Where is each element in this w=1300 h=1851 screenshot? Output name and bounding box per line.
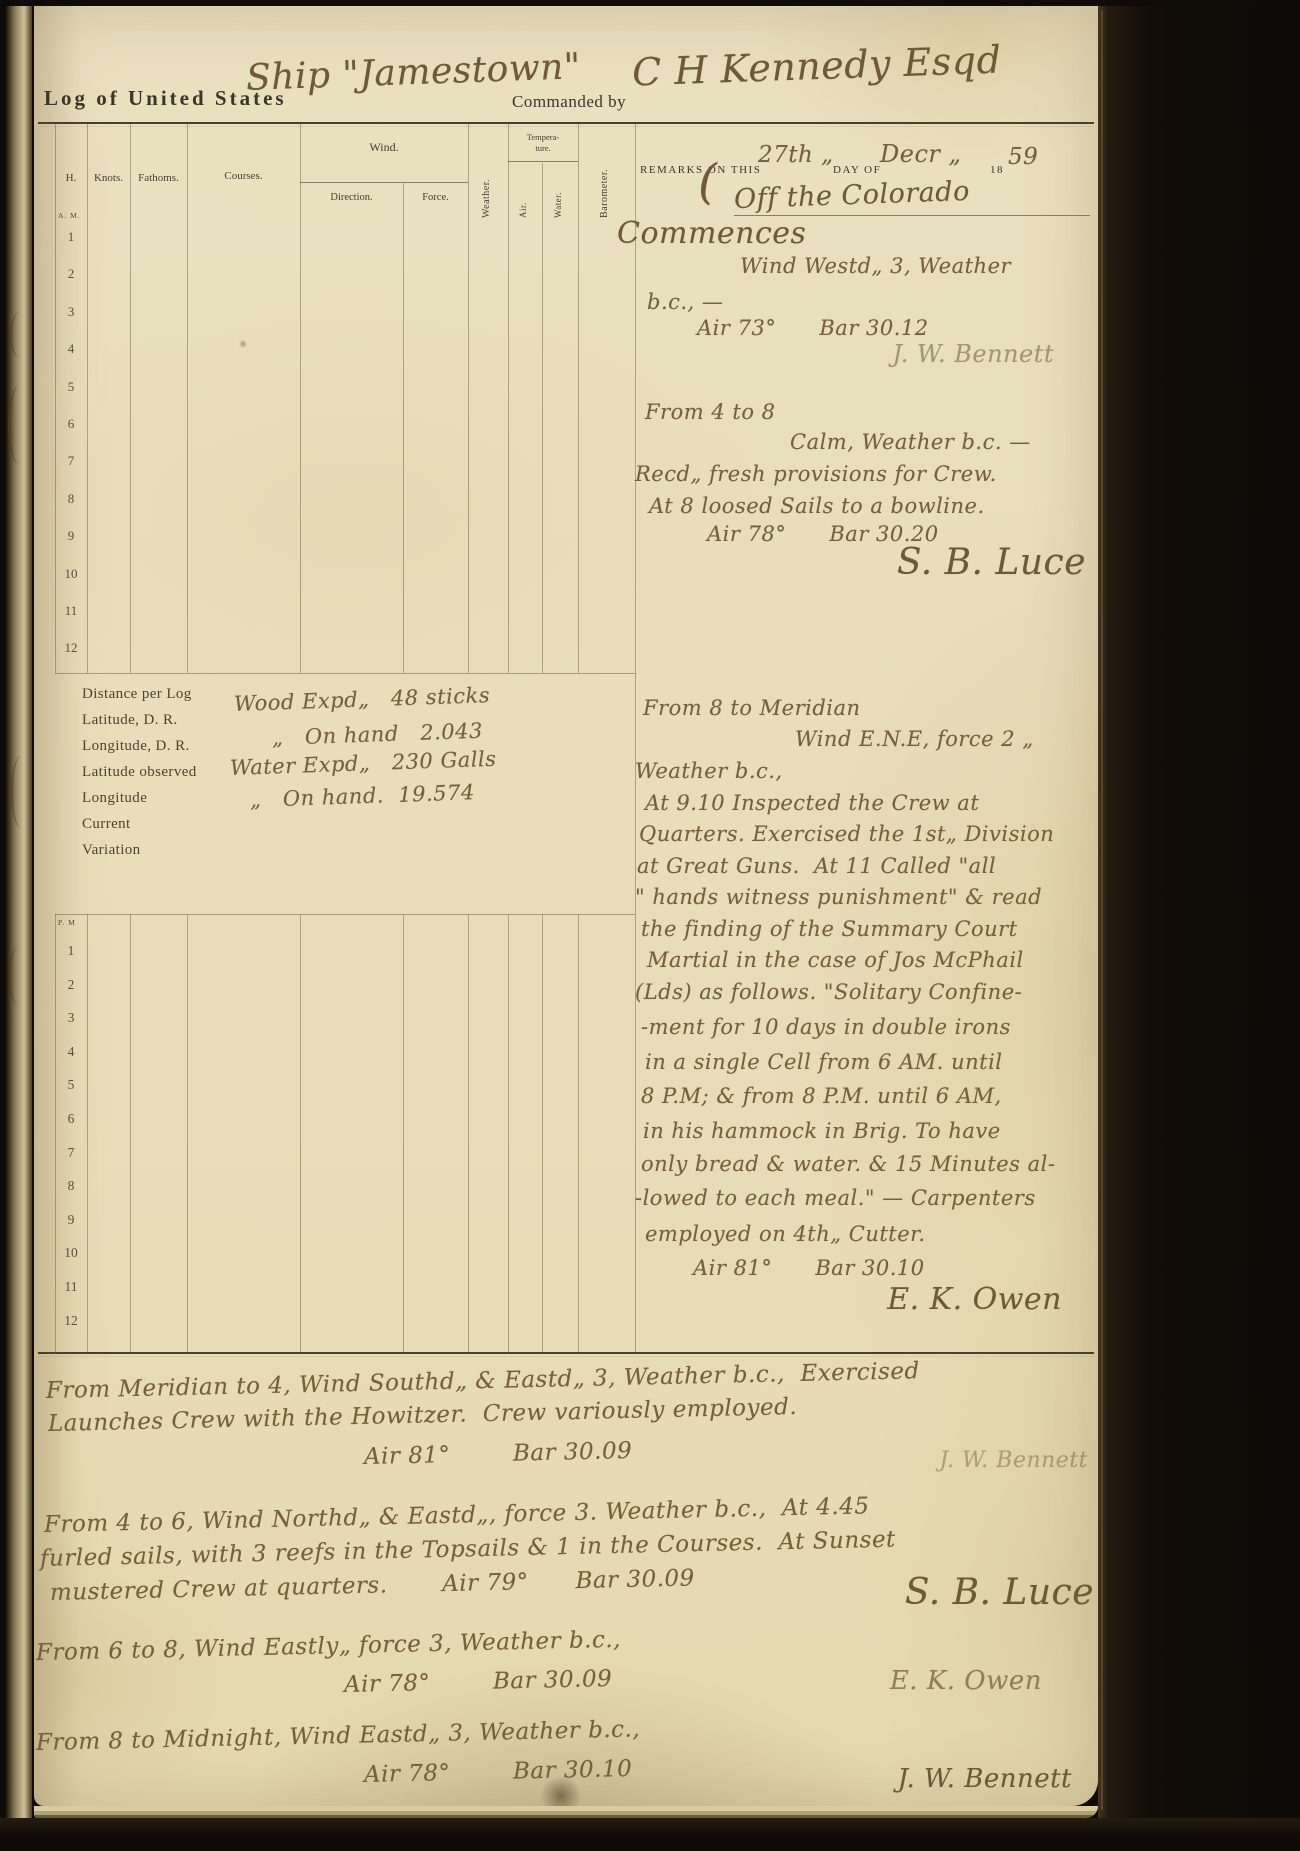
remark-line: Air 81° Bar 30.09: [364, 1438, 633, 1470]
col-header-fathoms: Fathoms.: [130, 172, 187, 184]
signature: J. W. Bennett: [898, 1764, 1072, 1794]
signature: J. W. Bennett: [939, 1448, 1088, 1473]
hour-label: 9: [55, 1203, 87, 1237]
col-header-wind-force: Force.: [403, 192, 468, 203]
navigation-labels: Distance per LogLatitude, D. R.Longitude…: [82, 686, 197, 868]
hour-label: 6: [55, 405, 87, 442]
stores-entry: Wood Expd„ 48 sticks: [234, 683, 491, 716]
remark-line: Wind Westd„ 3, Weather: [740, 254, 1011, 278]
hour-label: 5: [55, 1068, 87, 1102]
remark-line: Martial in the case of Jos McPhail: [647, 948, 1024, 972]
remark-line: At 9.10 Inspected the Crew at: [645, 791, 979, 815]
hour-label: 4: [55, 1035, 87, 1069]
signature: S. B. Luce: [897, 542, 1086, 583]
hour-label: 11: [55, 1270, 87, 1304]
hour-label: 7: [55, 1136, 87, 1170]
hour-label: 10: [55, 555, 87, 592]
col-header-wind: Wind.: [300, 140, 468, 155]
col-header-air: Air.: [518, 168, 528, 218]
bottom-page-stack: [34, 1806, 1098, 1818]
hour-label: 6: [55, 1102, 87, 1136]
remark-line: Air 73° Bar 30.12: [697, 316, 929, 340]
remark-line: employed on 4th„ Cutter.: [645, 1222, 926, 1246]
hour-label: 8: [55, 1169, 87, 1203]
col-header-temperature-1: Tempera-: [508, 132, 578, 142]
hour-label: 8: [55, 480, 87, 517]
remark-line: Commences: [617, 216, 806, 251]
remark-line: Calm, Weather b.c. —: [790, 430, 1031, 454]
remark-line: the finding of the Summary Court: [641, 917, 1018, 941]
remark-line: Recd„ fresh provisions for Crew.: [635, 462, 997, 486]
col-header-knots: Knots.: [87, 172, 130, 184]
hour-label: 12: [55, 629, 87, 666]
pm-label: P. M: [58, 918, 76, 927]
stores-entry: „ On hand. 19.574: [250, 780, 476, 812]
right-binding-area: [1098, 0, 1300, 1851]
col-header-courses: Courses.: [187, 170, 300, 182]
col-header-weather: Weather.: [481, 130, 492, 218]
hour-label: 4: [55, 330, 87, 367]
nav-label: Longitude: [82, 790, 197, 816]
hour-label: 1: [55, 218, 87, 255]
page-bleed-mark: [8, 386, 29, 464]
remark-line: From 8 to Meridian: [643, 696, 861, 720]
remark-line: Wind E.N.E, force 2 „: [795, 727, 1034, 751]
col-header-wind-direction: Direction.: [300, 192, 403, 203]
remark-line: in a single Cell from 6 AM. until: [645, 1050, 1003, 1074]
hour-label: 1: [55, 934, 87, 968]
hour-label: 7: [55, 442, 87, 479]
remark-line: -ment for 10 days in double irons: [641, 1015, 1011, 1039]
remark-line: b.c., —: [647, 290, 723, 314]
col-header-water: Water.: [553, 166, 563, 218]
remark-line: only bread & water. & 15 Minutes al-: [641, 1152, 1055, 1176]
remark-line: Air 78° Bar 30.09: [344, 1666, 613, 1698]
page-bleed-mark: [11, 756, 31, 828]
signature: E. K. Owen: [887, 1282, 1062, 1317]
commander-name-handwritten: C H Kennedy Esqd: [631, 38, 1002, 95]
ship-name-handwritten: Ship "Jamestown": [245, 46, 581, 99]
remark-line: Air 81° Bar 30.10: [693, 1256, 925, 1280]
signature: S. B. Luce: [905, 1572, 1094, 1613]
pm-hour-column: 123456789101112: [55, 934, 87, 1337]
top-binding-area: [0, 0, 1300, 6]
remark-line: At 8 loosed Sails to a bowline.: [649, 494, 985, 518]
left-page-edge: [6, 0, 32, 1820]
nav-label: Longitude, D. R.: [82, 738, 197, 764]
remark-line: at Great Guns. At 11 Called "all: [637, 854, 996, 878]
nav-label: Latitude, D. R.: [82, 712, 197, 738]
right-page-edge: [1101, 10, 1103, 1810]
col-header-hours: H.: [55, 172, 87, 184]
col-header-temperature-2: ture.: [508, 143, 578, 153]
hour-label: 10: [55, 1236, 87, 1270]
hour-label: 2: [55, 968, 87, 1002]
remark-line: mustered Crew at quarters. Air 79° Bar 3…: [50, 1565, 695, 1606]
stores-entry: „ On hand 2.043: [272, 719, 484, 750]
remark-line: (Lds) as follows. "Solitary Confine-: [635, 980, 1022, 1004]
remark-line: -lowed to each meal." — Carpenters: [635, 1186, 1036, 1210]
col-header-barometer: Barometer.: [599, 130, 610, 218]
stores-entry: Water Expd„ 230 Galls: [230, 747, 497, 780]
hour-label: 11: [55, 592, 87, 629]
remark-line: " hands witness punishment" & read: [635, 885, 1042, 909]
hour-label: 2: [55, 255, 87, 292]
hour-label: 3: [55, 1001, 87, 1035]
nav-label: Variation: [82, 842, 197, 868]
remark-line: From 8 to Midnight, Wind Eastd„ 3, Weath…: [36, 1716, 641, 1756]
afternoon-log: From Meridian to 4, Wind Southd„ & Eastd…: [34, 1364, 1098, 1806]
nav-label: Distance per Log: [82, 686, 197, 712]
nav-label: Current: [82, 816, 197, 842]
hour-label: 9: [55, 517, 87, 554]
remark-line: Air 78° Bar 30.10: [364, 1756, 633, 1788]
nav-label: Latitude observed: [82, 764, 197, 790]
am-hour-column: 123456789101112: [55, 218, 87, 667]
remark-line: From 6 to 8, Wind Eastly„ force 3, Weath…: [36, 1627, 622, 1666]
commanded-by-label: Commanded by: [512, 92, 626, 112]
page-bleed-mark: [9, 946, 29, 1006]
bottom-binding-area: [0, 1818, 1300, 1851]
remark-line: From 4 to 8: [645, 400, 776, 424]
page-bleed-mark: [10, 312, 30, 358]
signature: E. K. Owen: [890, 1666, 1042, 1696]
log-page: Log of United States Ship "Jamestown" Co…: [34, 6, 1098, 1806]
hour-label: 5: [55, 368, 87, 405]
hour-label: 12: [55, 1304, 87, 1338]
hour-label: 3: [55, 293, 87, 330]
remark-line: Weather b.c.,: [635, 759, 783, 783]
remarks-column: Commences Wind Westd„ 3, Weather b.c., —…: [635, 124, 1094, 1354]
signature: J. W. Bennett: [893, 340, 1055, 368]
remark-line: Quarters. Exercised the 1st„ Division: [639, 822, 1054, 846]
remark-line: in his hammock in Brig. To have: [643, 1119, 1001, 1143]
remark-line: 8 P.M; & from 8 P.M. until 6 AM,: [641, 1084, 1002, 1108]
